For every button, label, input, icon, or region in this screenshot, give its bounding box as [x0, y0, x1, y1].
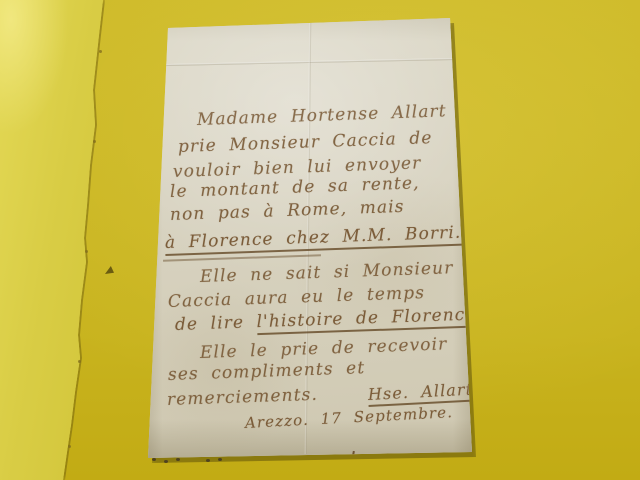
torn-edge-fiber [68, 445, 71, 448]
underlined-text: à Florence chez M.M. Borri. [165, 223, 462, 256]
letter-line: ses compliments et [168, 358, 366, 385]
signature: Hse. Allart. [367, 379, 479, 405]
underlined-text: l'histoire de Florence. [256, 304, 483, 335]
date-line: Arezzo. 17 Septembre. [244, 402, 453, 433]
letter-line: à Florence chez M.M. Borri. [165, 223, 462, 253]
letter-text: de lire [175, 313, 245, 335]
edge-speck [218, 458, 222, 461]
edge-speck [152, 458, 156, 461]
letter-line: Madame Hortense Allart [197, 101, 447, 130]
edge-speck [176, 458, 180, 461]
torn-edge-fiber [93, 140, 96, 143]
torn-edge-fiber [78, 360, 81, 363]
letter-line: non pas à Rome, mais [170, 197, 405, 225]
background-speck [105, 266, 114, 274]
torn-edge-fiber [85, 250, 88, 253]
letter-line: remerciements. [167, 385, 319, 410]
torn-edge-fiber [99, 50, 102, 53]
letter-line: prie Monsieur Caccia de [178, 128, 433, 157]
edge-speck [164, 460, 168, 463]
edge-speck [206, 459, 210, 462]
letter-paper: Madame Hortense Allart prie Monsieur Cac… [146, 14, 476, 464]
photo-scene: Madame Hortense Allart prie Monsieur Cac… [0, 0, 640, 480]
second-underline-stroke [163, 254, 321, 262]
